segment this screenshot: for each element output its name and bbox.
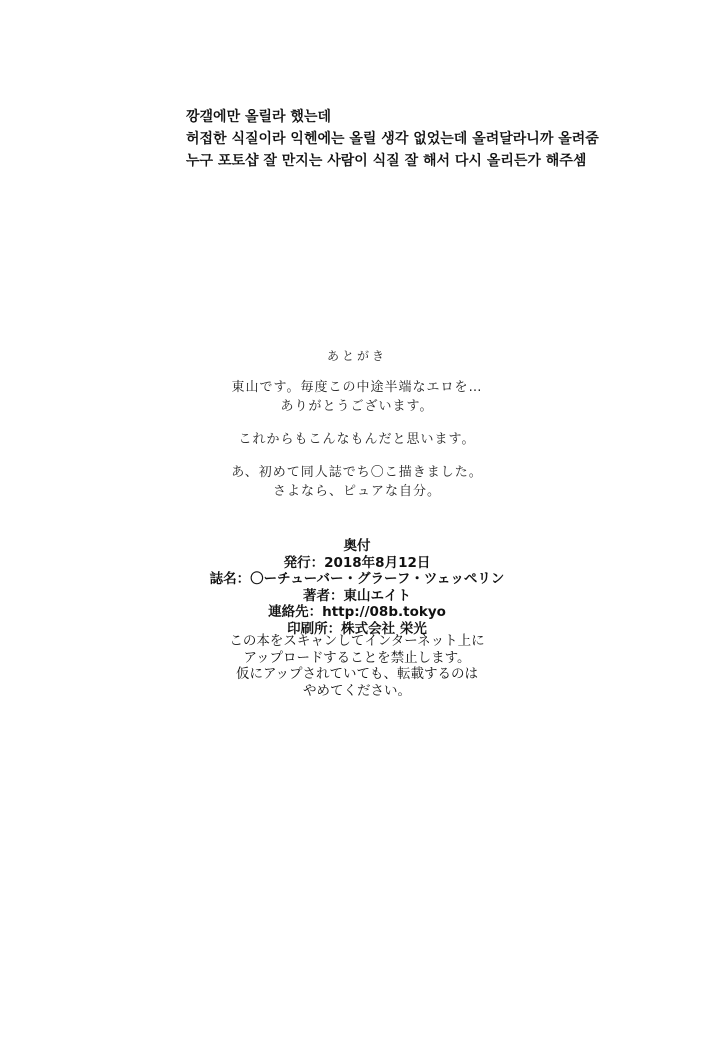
afterword-paragraph: これからもこんなもんだと思います。	[0, 430, 714, 449]
translator-note: 깡갤에만 올릴라 했는데 허접한 식질이라 익헨에는 올릴 생각 없었는데 올려…	[186, 106, 599, 172]
afterword-line: あ、初めて同人誌でち〇こ描きました。	[0, 463, 714, 482]
translator-note-line: 누구 포토샵 잘 만지는 사람이 식질 잘 해서 다시 올리든가 해주셈	[186, 150, 599, 172]
colophon-heading: 奥付	[0, 538, 714, 555]
notice-line: やめてください。	[0, 683, 714, 700]
colophon-publish-date: 発行：2018年8月12日	[0, 555, 714, 572]
afterword-paragraph: あ、初めて同人誌でち〇こ描きました。 さよなら、ピュアな自分。	[0, 463, 714, 501]
colophon-contact: 連絡先：http://08b.tokyo	[0, 604, 714, 621]
afterword-line: さよなら、ピュアな自分。	[0, 482, 714, 501]
upload-notice: この本をスキャンしてインターネット上に アップロードすることを禁止します。 仮に…	[0, 633, 714, 699]
translator-note-line: 허접한 식질이라 익헨에는 올릴 생각 없었는데 올려달라니까 올려줌	[186, 128, 599, 150]
notice-line: アップロードすることを禁止します。	[0, 650, 714, 667]
afterword-line: ありがとうございます。	[0, 397, 714, 416]
notice-line: この本をスキャンしてインターネット上に	[0, 633, 714, 650]
translator-note-line: 깡갤에만 올릴라 했는데	[186, 106, 599, 128]
afterword-paragraph: 東山です。毎度この中途半端なエロを… ありがとうございます。	[0, 378, 714, 416]
colophon-section: 奥付 発行：2018年8月12日 誌名：〇ーチューバー・グラーフ・ツェッペリン …	[0, 538, 714, 637]
afterword-line: 東山です。毎度この中途半端なエロを…	[0, 378, 714, 397]
colophon-title: 誌名：〇ーチューバー・グラーフ・ツェッペリン	[0, 571, 714, 588]
colophon-author: 著者：東山エイト	[0, 588, 714, 605]
afterword-title: あとがき	[0, 347, 714, 364]
afterword-line: これからもこんなもんだと思います。	[0, 430, 714, 449]
afterword-section: あとがき 東山です。毎度この中途半端なエロを… ありがとうございます。 これから…	[0, 347, 714, 515]
notice-line: 仮にアップされていても、転載するのは	[0, 666, 714, 683]
